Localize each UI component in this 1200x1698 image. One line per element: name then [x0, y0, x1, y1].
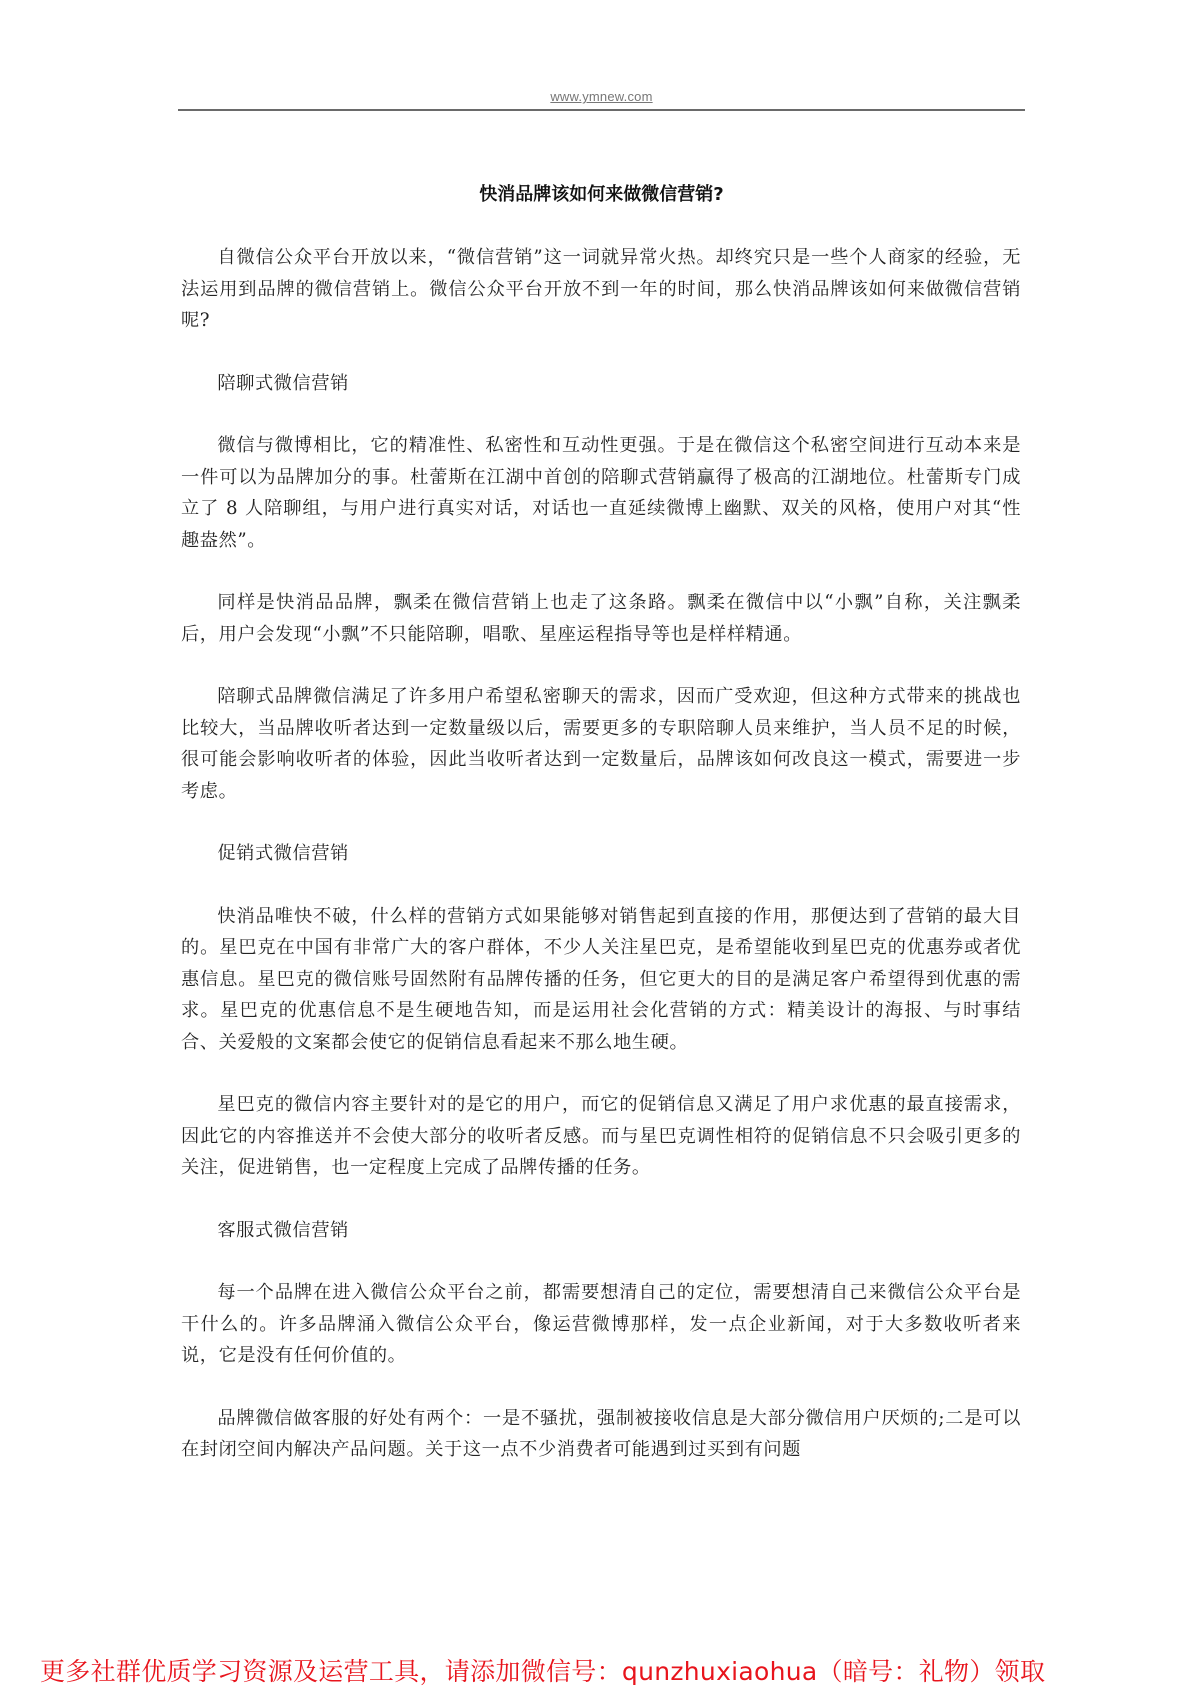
paragraph: 陪聊式品牌微信满足了许多用户希望私密聊天的需求，因而广受欢迎，但这种方式带来的挑… [181, 681, 1021, 807]
article-title: 快消品牌该如何来做微信营销? [178, 180, 1025, 206]
paragraph: 微信与微博相比，它的精准性、私密性和互动性更强。于是在微信这个私密空间进行互动本… [181, 430, 1021, 556]
section-heading-chat: 陪聊式微信营销 [181, 368, 1021, 400]
section-heading-customer-service: 客服式微信营销 [181, 1215, 1021, 1247]
article-body: 自微信公众平台开放以来，“微信营销”这一词就异常火热。却终究只是一些个人商家的经… [181, 242, 1021, 1497]
paragraph-intro: 自微信公众平台开放以来，“微信营销”这一词就异常火热。却终究只是一些个人商家的经… [181, 242, 1021, 337]
header-divider [178, 109, 1025, 111]
paragraph: 品牌微信做客服的好处有两个：一是不骚扰，强制被接收信息是大部分微信用户厌烦的;二… [181, 1403, 1021, 1466]
section-heading-promotion: 促销式微信营销 [181, 838, 1021, 870]
page-header: www.ymnew.com [178, 86, 1025, 105]
paragraph: 星巴克的微信内容主要针对的是它的用户，而它的促销信息又满足了用户求优惠的最直接需… [181, 1089, 1021, 1184]
promo-banner-text: 更多社群优质学习资源及运营工具，请添加微信号：qunzhuxiaohua（暗号：… [40, 1652, 1180, 1688]
paragraph: 每一个品牌在进入微信公众平台之前，都需要想清自己的定位，需要想清自己来微信公众平… [181, 1277, 1021, 1372]
paragraph: 快消品唯快不破，什么样的营销方式如果能够对销售起到直接的作用，那便达到了营销的最… [181, 901, 1021, 1059]
paragraph: 同样是快消品品牌，飘柔在微信营销上也走了这条路。飘柔在微信中以“小飘”自称，关注… [181, 587, 1021, 650]
site-url-link[interactable]: www.ymnew.com [550, 89, 652, 104]
